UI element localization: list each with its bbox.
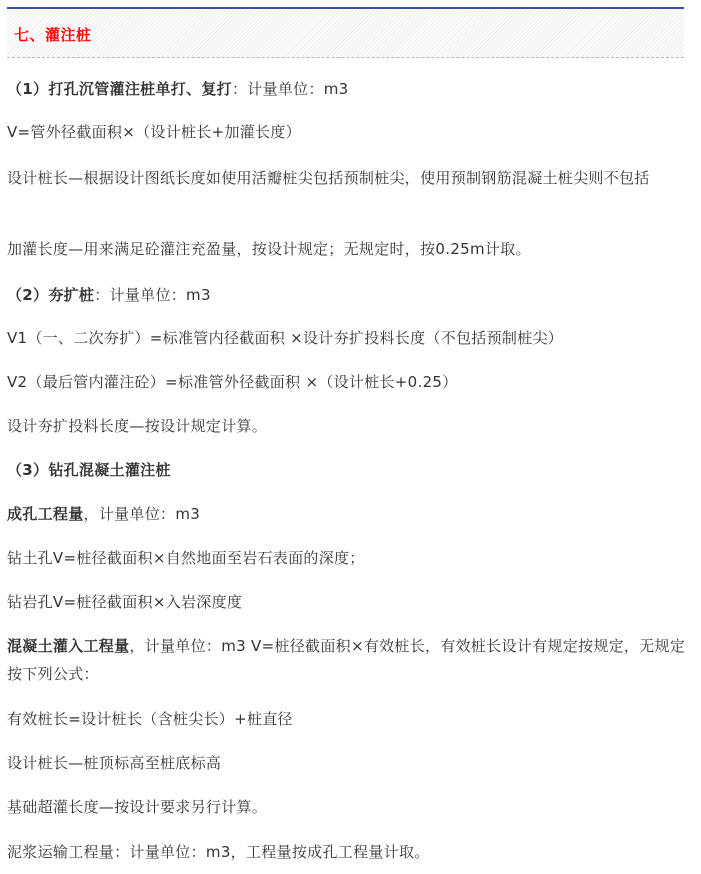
paragraph-text: 设计桩长—根据设计图纸长度如使用活瓣桩尖包括预制桩尖，使用预制钢筋混凝土桩尖则不… <box>7 169 650 187</box>
paragraph-text: 加灌长度—用来满足砼灌注充盈量，按设计规定；无规定时，按0.25m计取。 <box>7 240 531 258</box>
paragraph-heading: （2）夯扩桩 <box>7 286 94 304</box>
paragraph-text: 设计桩长—桩顶标高至桩底标高 <box>7 754 221 772</box>
paragraph-effective-length: 有效桩长=设计桩长（含桩尖长）+桩直径 <box>7 705 687 733</box>
paragraph-text: 有效桩长=设计桩长（含桩尖长）+桩直径 <box>7 710 293 728</box>
paragraph-boring-quantity: 成孔工程量，计量单位：m3 <box>7 500 687 528</box>
paragraph-rock-boring: 钻岩孔V=桩径截面积×入岩深度度 <box>7 588 687 616</box>
paragraph-text: ，计量单位：m3 <box>84 505 201 523</box>
section-title: 七、灌注桩 <box>14 24 92 45</box>
paragraph-heading: 成孔工程量 <box>7 505 84 523</box>
paragraph-extra-pour-length: 加灌长度—用来满足砼灌注充盈量，按设计规定；无规定时，按0.25m计取。 <box>7 235 687 263</box>
paragraph-over-pour-length: 基础超灌长度—按设计要求另行计算。 <box>7 793 687 821</box>
paragraph-heading: （3）钻孔混凝土灌注桩 <box>7 461 171 479</box>
paragraph-heading: 混凝土灌入工程量 <box>7 637 129 655</box>
paragraph-driven-cast-pile: （1）打孔沉管灌注桩单打、复打：计量单位：m3 <box>7 75 687 103</box>
paragraph-concrete-pour-quantity: 混凝土灌入工程量，计量单位：m3 V=桩径截面积×有效桩长，有效桩长设计有规定按… <box>7 632 687 688</box>
paragraph-bored-pile-heading: （3）钻孔混凝土灌注桩 <box>7 456 687 484</box>
paragraph-v2-formula: V2（最后管内灌注砼）=标准管外径截面积 ×（设计桩长+0.25） <box>7 368 687 396</box>
paragraph-text: 钻土孔V=桩径截面积×自然地面至岩石表面的深度； <box>7 549 365 567</box>
paragraph-v1-formula: V1（一、二次夯扩）=标准管内径截面积 ×设计夯扩投料长度（不包括预制桩尖） <box>7 324 687 352</box>
paragraph-rammed-length: 设计夯扩投料长度—按设计规定计算。 <box>7 412 687 440</box>
paragraph-text: 设计夯扩投料长度—按设计规定计算。 <box>7 417 267 435</box>
paragraph-text: V1（一、二次夯扩）=标准管内径截面积 ×设计夯扩投料长度（不包括预制桩尖） <box>7 329 563 347</box>
paragraph-text: ：计量单位：m3 <box>94 286 211 304</box>
paragraph-text: V2（最后管内灌注砼）=标准管外径截面积 ×（设计桩长+0.25） <box>7 373 458 391</box>
paragraph-text: 泥浆运输工程量：计量单位：m3，工程量按成孔工程量计取。 <box>7 843 430 861</box>
section-header: 七、灌注桩 <box>7 7 684 58</box>
paragraph-soil-boring: 钻土孔V=桩径截面积×自然地面至岩石表面的深度； <box>7 544 687 572</box>
paragraph-design-length-def: 设计桩长—桩顶标高至桩底标高 <box>7 749 687 777</box>
paragraph-volume-formula: V=管外径截面积×（设计桩长+加灌长度） <box>7 118 687 146</box>
paragraph-text: 基础超灌长度—按设计要求另行计算。 <box>7 798 267 816</box>
paragraph-rammed-pile: （2）夯扩桩：计量单位：m3 <box>7 281 687 309</box>
paragraph-text: 钻岩孔V=桩径截面积×入岩深度度 <box>7 593 242 611</box>
paragraph-heading: （1）打孔沉管灌注桩单打、复打 <box>7 80 232 98</box>
paragraph-design-pile-length: 设计桩长—根据设计图纸长度如使用活瓣桩尖包括预制桩尖，使用预制钢筋混凝土桩尖则不… <box>7 164 687 192</box>
paragraph-text: ：计量单位：m3 <box>232 80 349 98</box>
paragraph-slurry-transport: 泥浆运输工程量：计量单位：m3，工程量按成孔工程量计取。 <box>7 838 687 866</box>
paragraph-text: V=管外径截面积×（设计桩长+加灌长度） <box>7 123 301 141</box>
